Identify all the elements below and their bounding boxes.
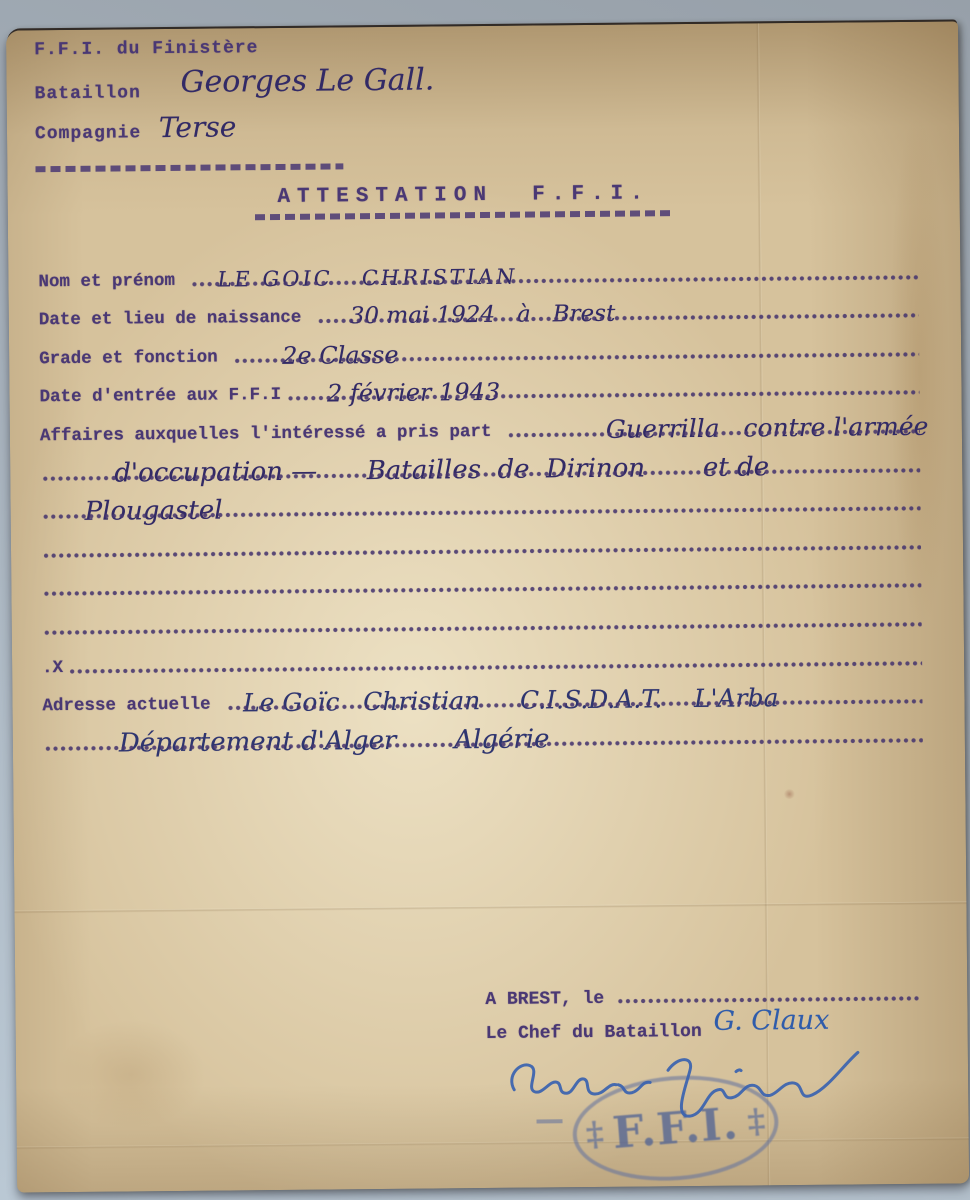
compagnie-label: Compagnie (35, 123, 141, 144)
document-paper: F.F.I. du Finistère Bataillon Georges Le… (6, 21, 969, 1192)
org-name: F.F.I. du Finistère (34, 38, 258, 60)
document-title: ATTESTATION F.F.I. (277, 182, 650, 209)
chef-label: Le Chef du Bataillon (486, 1022, 702, 1044)
chef-handwritten-annotation: G. Claux (713, 1005, 829, 1037)
compagnie-handwritten-value: Terse (159, 110, 237, 144)
field-label: Date et lieu de naissance (39, 307, 316, 332)
field-label: .X (42, 657, 67, 679)
form-header: F.F.I. du Finistère Bataillon Georges Le… (34, 37, 343, 172)
header-dashed-rule (35, 163, 343, 172)
title-dashed-underline (255, 210, 673, 220)
place-date-label: A BREST, le (485, 989, 615, 1010)
bataillon-handwritten-value: Georges Le Gall. (180, 62, 434, 99)
handwritten-entry: Département d'Alger Algérie (119, 724, 550, 758)
form-row: Département d'Alger Algérie (43, 709, 925, 756)
horizontal-fold-crease (14, 901, 966, 913)
field-label: Grade et fonction (39, 346, 232, 370)
form-footer: A BREST, le Le Chef du Bataillon G. Clau… (485, 980, 924, 1052)
field-label: Date d'entrée aux F.F.I (39, 384, 285, 408)
document-title-block: ATTESTATION F.F.I. (236, 182, 692, 220)
battalion-chief-signature (500, 1042, 871, 1136)
bataillon-label: Bataillon (35, 83, 141, 104)
field-label: Adresse actuelle (42, 694, 225, 718)
form-fields: Nom et prénom LE GOIC CHRISTIANDate et l… (38, 246, 925, 756)
field-label: Nom et prénom (38, 269, 189, 292)
scanned-document-photo: { "document": { "header": { "org_line": … (0, 0, 970, 1200)
ink-speck (783, 789, 795, 799)
bottom-fold-crease (17, 1137, 969, 1149)
aging-stain (56, 1019, 207, 1130)
dotted-filler: Département d'Alger Algérie (43, 726, 925, 756)
place-date-line: A BREST, le (485, 980, 923, 1010)
